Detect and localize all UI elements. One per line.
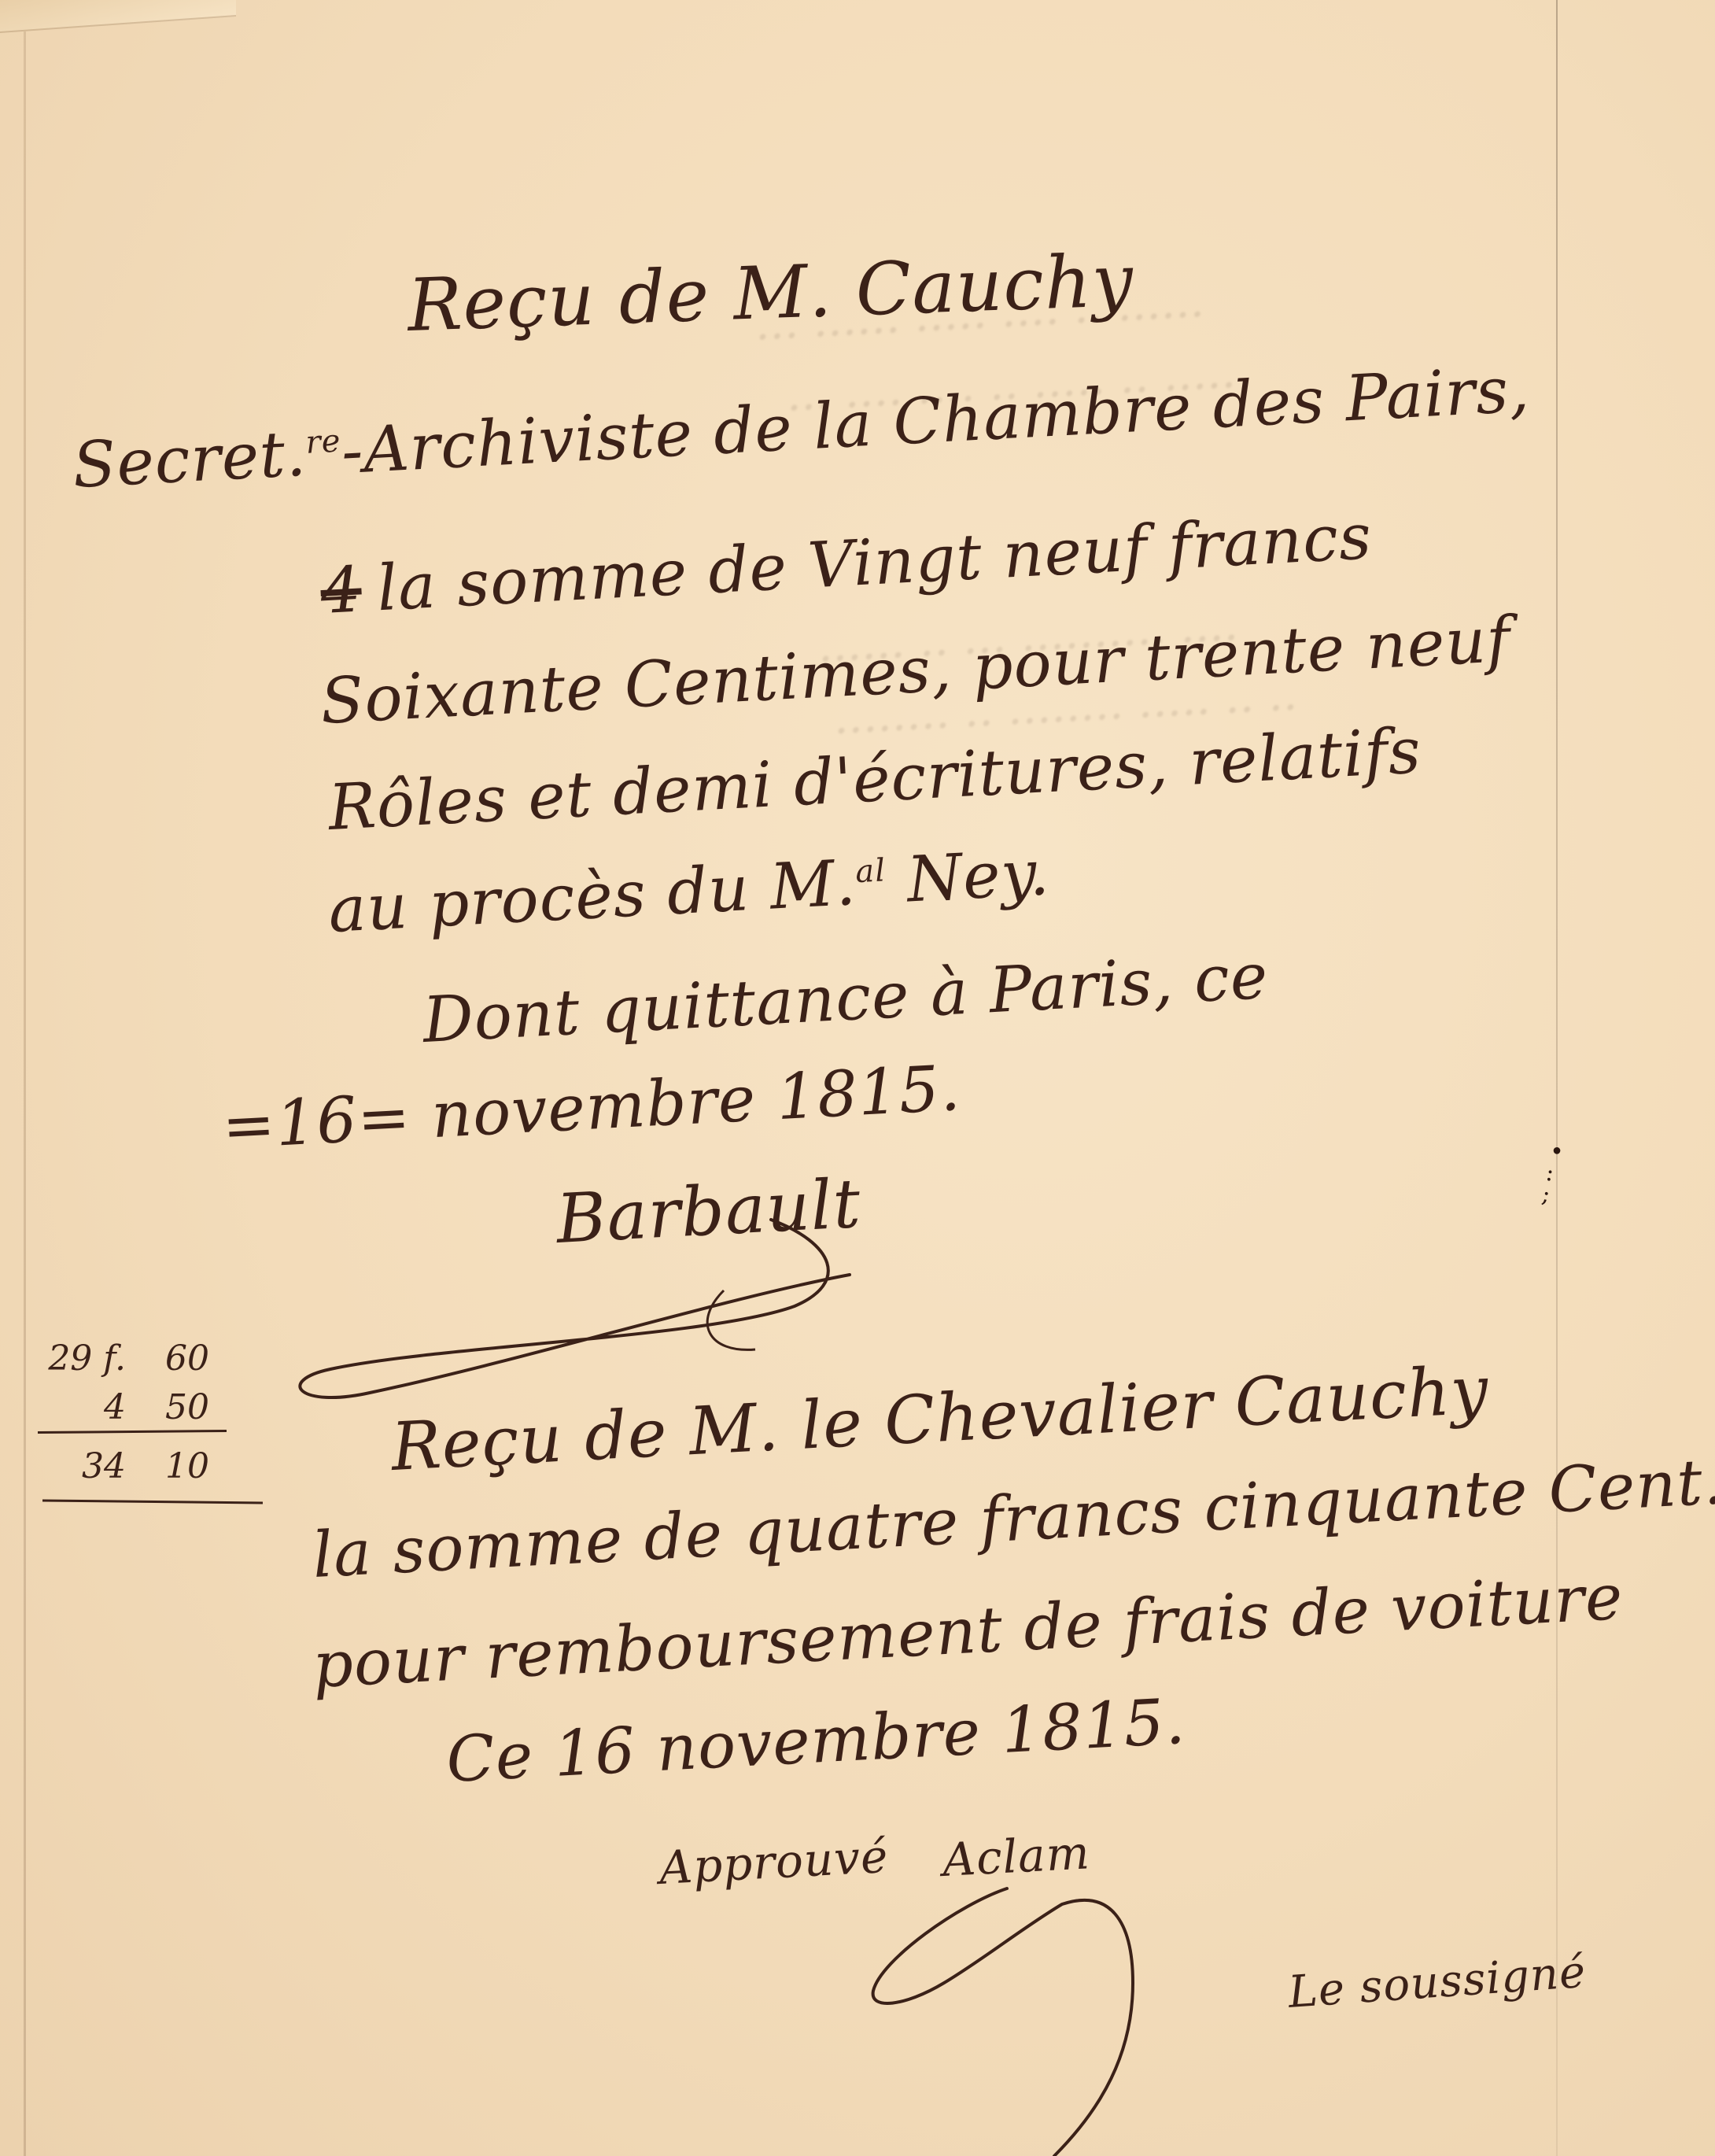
calc-total-francs: 34 <box>31 1446 165 1486</box>
ink-dots: •:; <box>1540 1140 1566 1208</box>
document-page: ··· ······ ····· ···· ·· ······ ··· ····… <box>0 0 1715 2156</box>
receipt1-date-line: =16= novembre 1815. <box>220 1051 962 1163</box>
amount-text: la somme de Vingt neuf francs <box>375 500 1374 625</box>
signature-flourish <box>283 1212 1070 1401</box>
margin-calculation: 29 f. 60 4 50 34 10 <box>31 1330 267 1503</box>
calc-centimes: 60 <box>165 1338 244 1379</box>
calc-row: 29 f. 60 <box>31 1330 267 1379</box>
approval-flourish <box>850 1873 1204 2156</box>
receipt1-amount-line: 4la somme de Vingt neuf francs <box>319 500 1374 628</box>
proces-prefix: au procès du M. <box>326 846 857 947</box>
calc-centimes: 50 <box>165 1387 244 1427</box>
undersigned-label: Le soussigné <box>1286 1947 1588 2018</box>
receipt1-proces-line: au procès du M.al Ney. <box>326 836 1051 947</box>
calc-row: 4 50 <box>31 1379 267 1427</box>
calc-sum-rule <box>38 1430 227 1434</box>
title-prefix: Secret. <box>71 417 308 502</box>
calc-total-centimes: 10 <box>165 1446 244 1486</box>
calc-francs: 4 <box>31 1387 165 1427</box>
fold-line <box>1556 0 1558 2156</box>
proces-superscript: al <box>854 852 887 890</box>
calc-total-row: 34 10 <box>31 1438 267 1486</box>
title-superscript: re <box>304 423 341 461</box>
title-rest: -Archiviste de la Chambre des Pairs, <box>340 353 1532 488</box>
proces-name: Ney. <box>884 836 1051 917</box>
calc-underline <box>42 1500 263 1504</box>
receipt1-quittance-line: Dont quittance à Paris, ce <box>421 940 1270 1057</box>
page-left-edge <box>24 31 26 2156</box>
receipt1-title-line: Secret.re-Archiviste de la Chambre des P… <box>71 353 1531 502</box>
receipt2-date-line: Ce 16 novembre 1815. <box>444 1685 1187 1796</box>
struck-digit: 4 <box>319 552 363 628</box>
page-corner <box>0 0 236 33</box>
calc-francs: 29 f. <box>31 1338 165 1379</box>
